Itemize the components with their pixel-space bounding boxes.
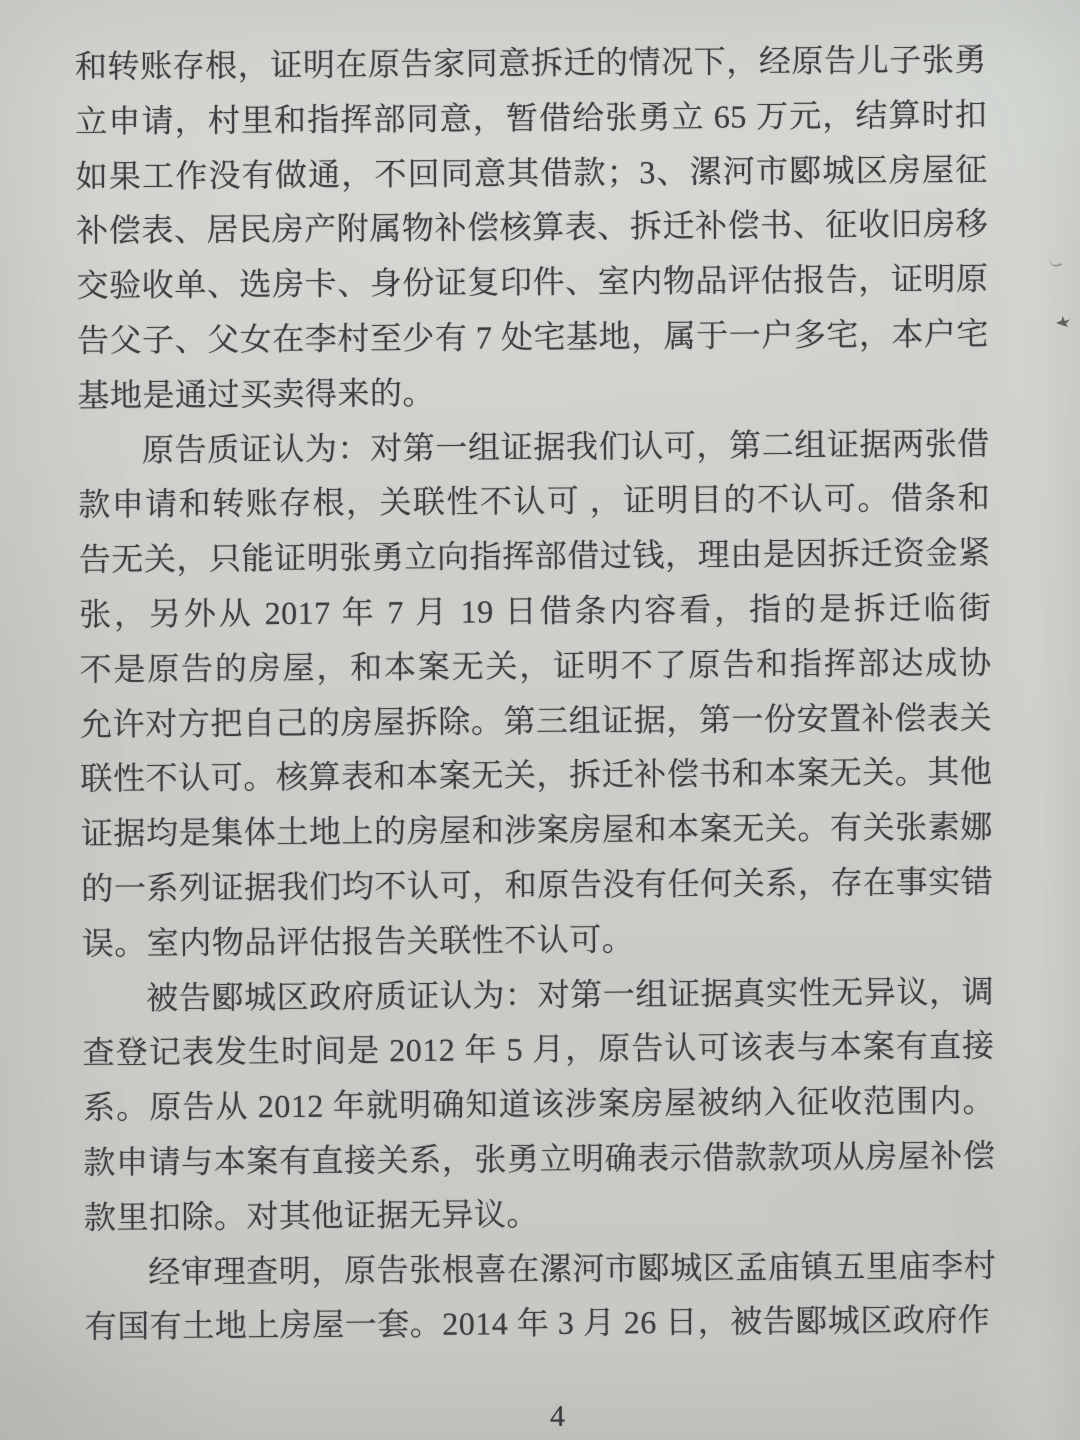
text-line: 经审理查明，原告张根喜在漯河市郾城区孟庙镇五里庙李村 (84, 1238, 996, 1300)
text-line: 误。室内物品评估报告关联性不认可。 (82, 909, 994, 971)
text-line: 原告质证认为：对第一组证据我们认可，第二组证据两张借 (78, 416, 990, 478)
text-line: 被告郾城区政府质证认为：对第一组证据真实性无异议，调 (82, 964, 994, 1026)
text-line: 立申请，村里和指挥部同意，暂借给张勇立 65 万元，结算时扣除。 (75, 87, 987, 149)
text-line: 的一系列证据我们均不认可，和原告没有任何关系，存在事实错 (81, 854, 993, 916)
text-line: 款申请和转账存根，关联性不认可 ，证明目的不认可。借条和原 (78, 471, 990, 533)
text-line: 基地是通过买卖得来的。 (77, 361, 989, 423)
text-line: 不是原告的房屋，和本案无关，证明不了原告和指挥部达成协议， (79, 635, 991, 697)
text-line: 证据均是集体土地上的房屋和涉案房屋和本案无关。有关张素娜 (81, 800, 993, 862)
text-line: 告无关，只能证明张勇立向指挥部借过钱，理由是因拆迁资金紧 (79, 526, 991, 588)
text-line: 系。原告从 2012 年就明确知道该涉案房屋被纳入征收范围内。借 (83, 1074, 995, 1136)
text-line: 交验收单、选房卡、身份证复印件、室内物品评估报告，证明原 (76, 252, 988, 314)
text-line: 款申请与本案有直接关系，张勇立明确表示借款款项从房屋补偿 (83, 1128, 995, 1190)
page-number: 4 (17, 1396, 1080, 1438)
text-line: 补偿表、居民房产附属物补偿核算表、拆迁补偿书、征收旧房移 (76, 197, 988, 259)
text-line: 和转账存根，证明在原告家同意拆迁的情况下，经原告儿子张勇 (75, 32, 987, 94)
text-line: 款里扣除。对其他证据无异议。 (84, 1183, 996, 1245)
paper: 和转账存根，证明在原告家同意拆迁的情况下，经原告儿子张勇立申请，村里和指挥部同意… (0, 0, 1080, 1440)
text-line: 允许对方把自己的房屋拆除。第三组证据，第一份安置补偿表关 (80, 690, 992, 752)
text-line: 张，另外从 2017 年 7 月 19 日借条内容看，指的是拆迁临街房， (79, 580, 991, 642)
document-page-photo: 和转账存根，证明在原告家同意拆迁的情况下，经原告儿子张勇立申请，村里和指挥部同意… (0, 0, 1080, 1440)
text-line: 告父子、父女在李村至少有 7 处宅基地，属于一户多宅，本户宅 (77, 306, 989, 368)
text-line: 有国有土地上房屋一套。2014 年 3 月 26 日，被告郾城区政府作 (85, 1293, 997, 1355)
document-body: 和转账存根，证明在原告家同意拆迁的情况下，经原告儿子张勇立申请，村里和指挥部同意… (75, 32, 997, 1354)
text-line: 如果工作没有做通，不回同意其借款；3、漯河市郾城区房屋征收 (76, 142, 988, 204)
text-line: 联性不认可。核算表和本案无关，拆迁补偿书和本案无关。其他 (80, 745, 992, 807)
text-line: 查登记表发生时间是 2012 年 5 月，原告认可该表与本案有直接关 (82, 1019, 994, 1081)
